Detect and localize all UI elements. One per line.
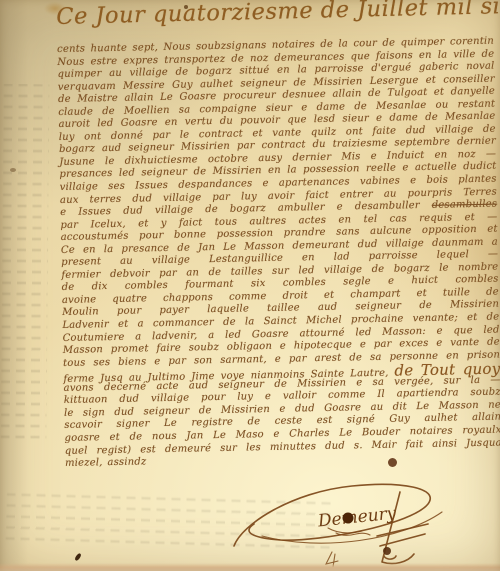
signature-block: Demeury xyxy=(232,474,467,570)
ink-blot-signature xyxy=(343,513,354,524)
manuscript-page: Ce Jour quatorziesme de Juillet mil six … xyxy=(0,0,500,571)
signature-name: Demeury xyxy=(316,503,398,531)
document-heading: Ce Jour quatorziesme de Juillet mil six xyxy=(56,0,500,30)
ink-speck-left-margin xyxy=(10,168,16,172)
ink-speck-bottom-left xyxy=(74,553,82,562)
bottom-edge-strip xyxy=(0,563,500,571)
strikethrough-word: desambulles xyxy=(432,199,498,211)
signature-flourish: Demeury xyxy=(232,474,467,570)
ink-blot-paraph xyxy=(383,547,391,555)
verso-showthrough-left xyxy=(0,84,49,444)
ink-blot-text-line xyxy=(388,458,397,467)
manuscript-body: cents huante sept, Nous soubzsignans not… xyxy=(57,36,500,471)
